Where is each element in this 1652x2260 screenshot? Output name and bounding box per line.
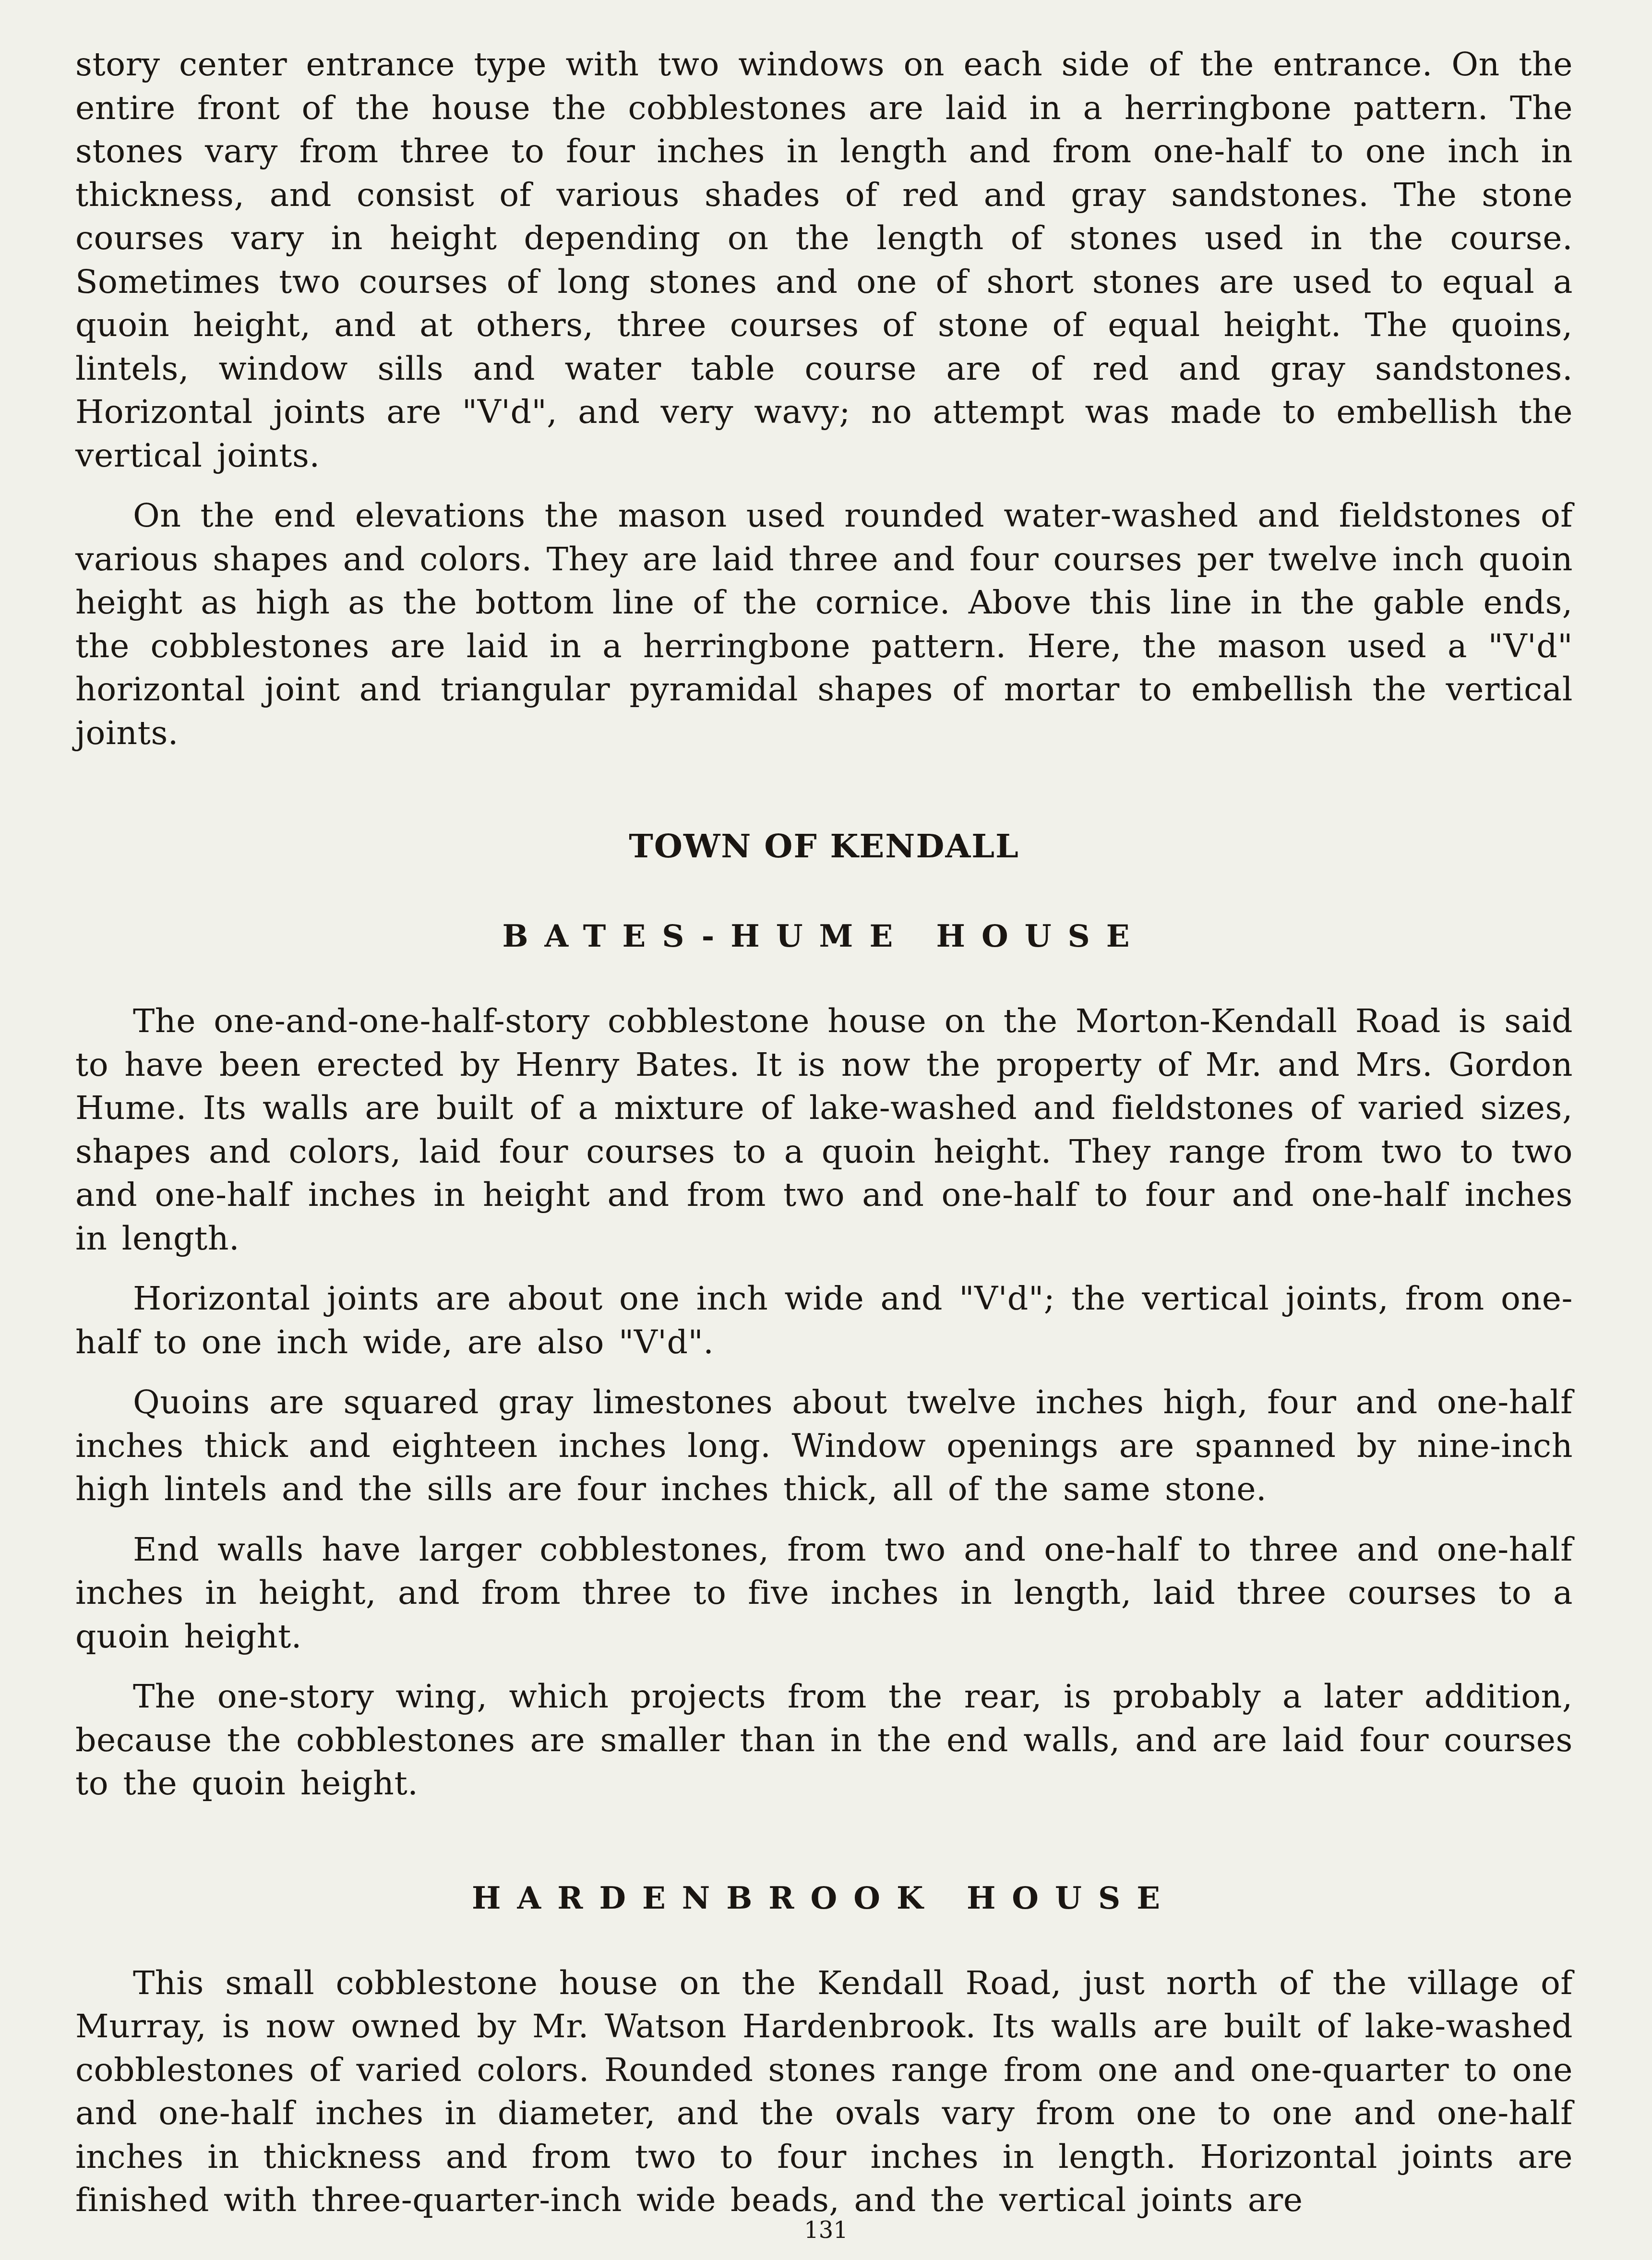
section-title-hardenbrook: HARDENBROOK HOUSE xyxy=(75,1880,1573,1916)
bates-hume-paragraph-4: End walls have larger cobblestones, from… xyxy=(75,1528,1573,1659)
town-heading: TOWN OF KENDALL xyxy=(75,827,1573,866)
intro-paragraph-2: On the end elevations the mason used rou… xyxy=(75,494,1573,755)
bates-hume-paragraph-2: Horizontal joints are about one inch wid… xyxy=(75,1277,1573,1364)
section-title-bates-hume: BATES-HUME HOUSE xyxy=(75,918,1573,954)
intro-paragraph-1: story center entrance type with two wind… xyxy=(75,43,1573,478)
bates-hume-paragraph-3: Quoins are squared gray limestones about… xyxy=(75,1381,1573,1512)
page-number: 131 xyxy=(0,2217,1652,2244)
document-page: story center entrance type with two wind… xyxy=(75,43,1573,2223)
bates-hume-paragraph-1: The one-and-one-half-story cobblestone h… xyxy=(75,1000,1573,1261)
bates-hume-paragraph-5: The one-story wing, which projects from … xyxy=(75,1675,1573,1806)
hardenbrook-paragraph-1: This small cobblestone house on the Kend… xyxy=(75,1962,1573,2223)
